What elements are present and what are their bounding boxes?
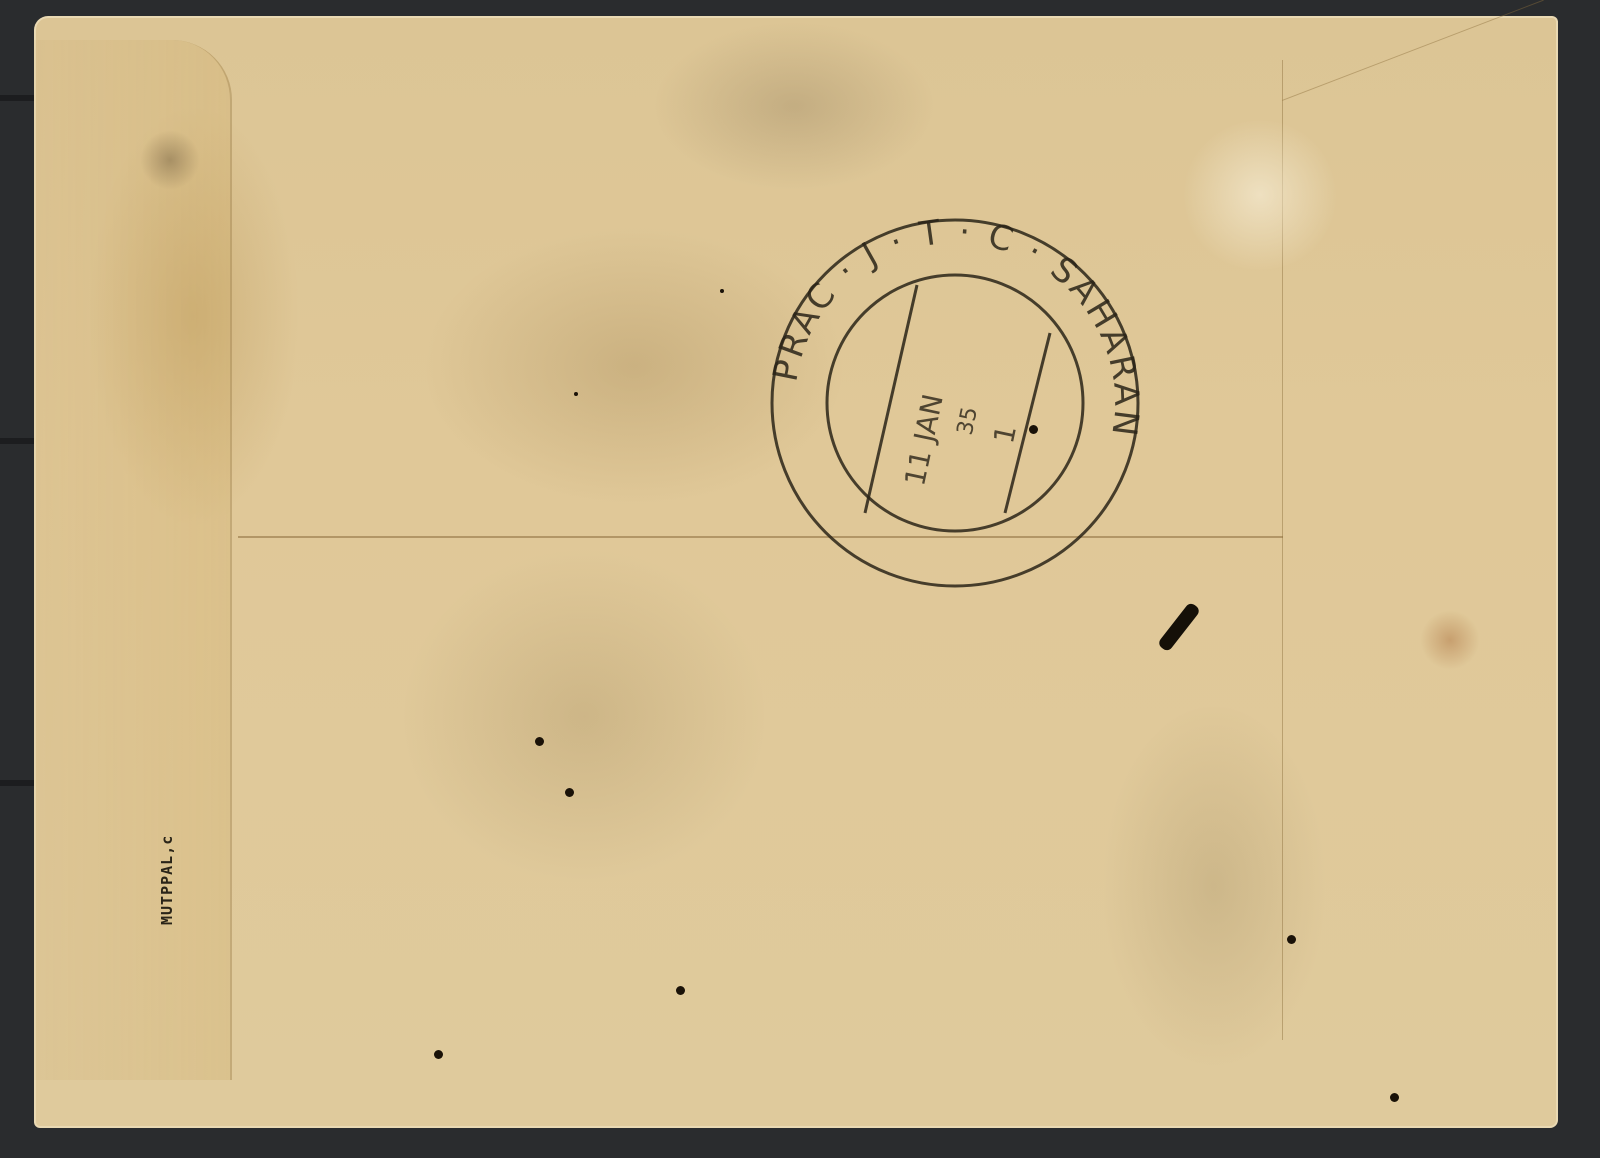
side-print-text: MUTPPAL,c	[158, 835, 176, 925]
postmark-stamp: PRAC · J · T · C · SAHARAN 11 JAN 35 1	[765, 213, 1145, 593]
pin-hole	[434, 1050, 443, 1059]
foxing-stain	[1420, 610, 1480, 670]
postmark-date-line: 1	[987, 422, 1023, 446]
postmark-date-day: 11	[898, 447, 938, 489]
postmark-date-month: JAN	[907, 391, 950, 447]
pin-hole	[565, 788, 574, 797]
pin-hole	[720, 289, 724, 293]
pin-hole	[676, 986, 685, 995]
pin-hole	[1287, 935, 1296, 944]
pin-hole	[535, 737, 544, 746]
postmark-date-year: 35	[953, 405, 983, 438]
foxing-stain	[140, 130, 200, 190]
pin-hole	[1390, 1093, 1399, 1102]
pin-hole	[574, 392, 578, 396]
svg-text:PRAC · J · T · C · SAHARAN: PRAC · J · T · C · SAHARAN	[765, 213, 1145, 441]
envelope-side-flap	[34, 40, 232, 1080]
paper-scuff	[1180, 120, 1340, 270]
postmark-outer-text: PRAC · J · T · C · SAHARAN	[765, 213, 1145, 441]
